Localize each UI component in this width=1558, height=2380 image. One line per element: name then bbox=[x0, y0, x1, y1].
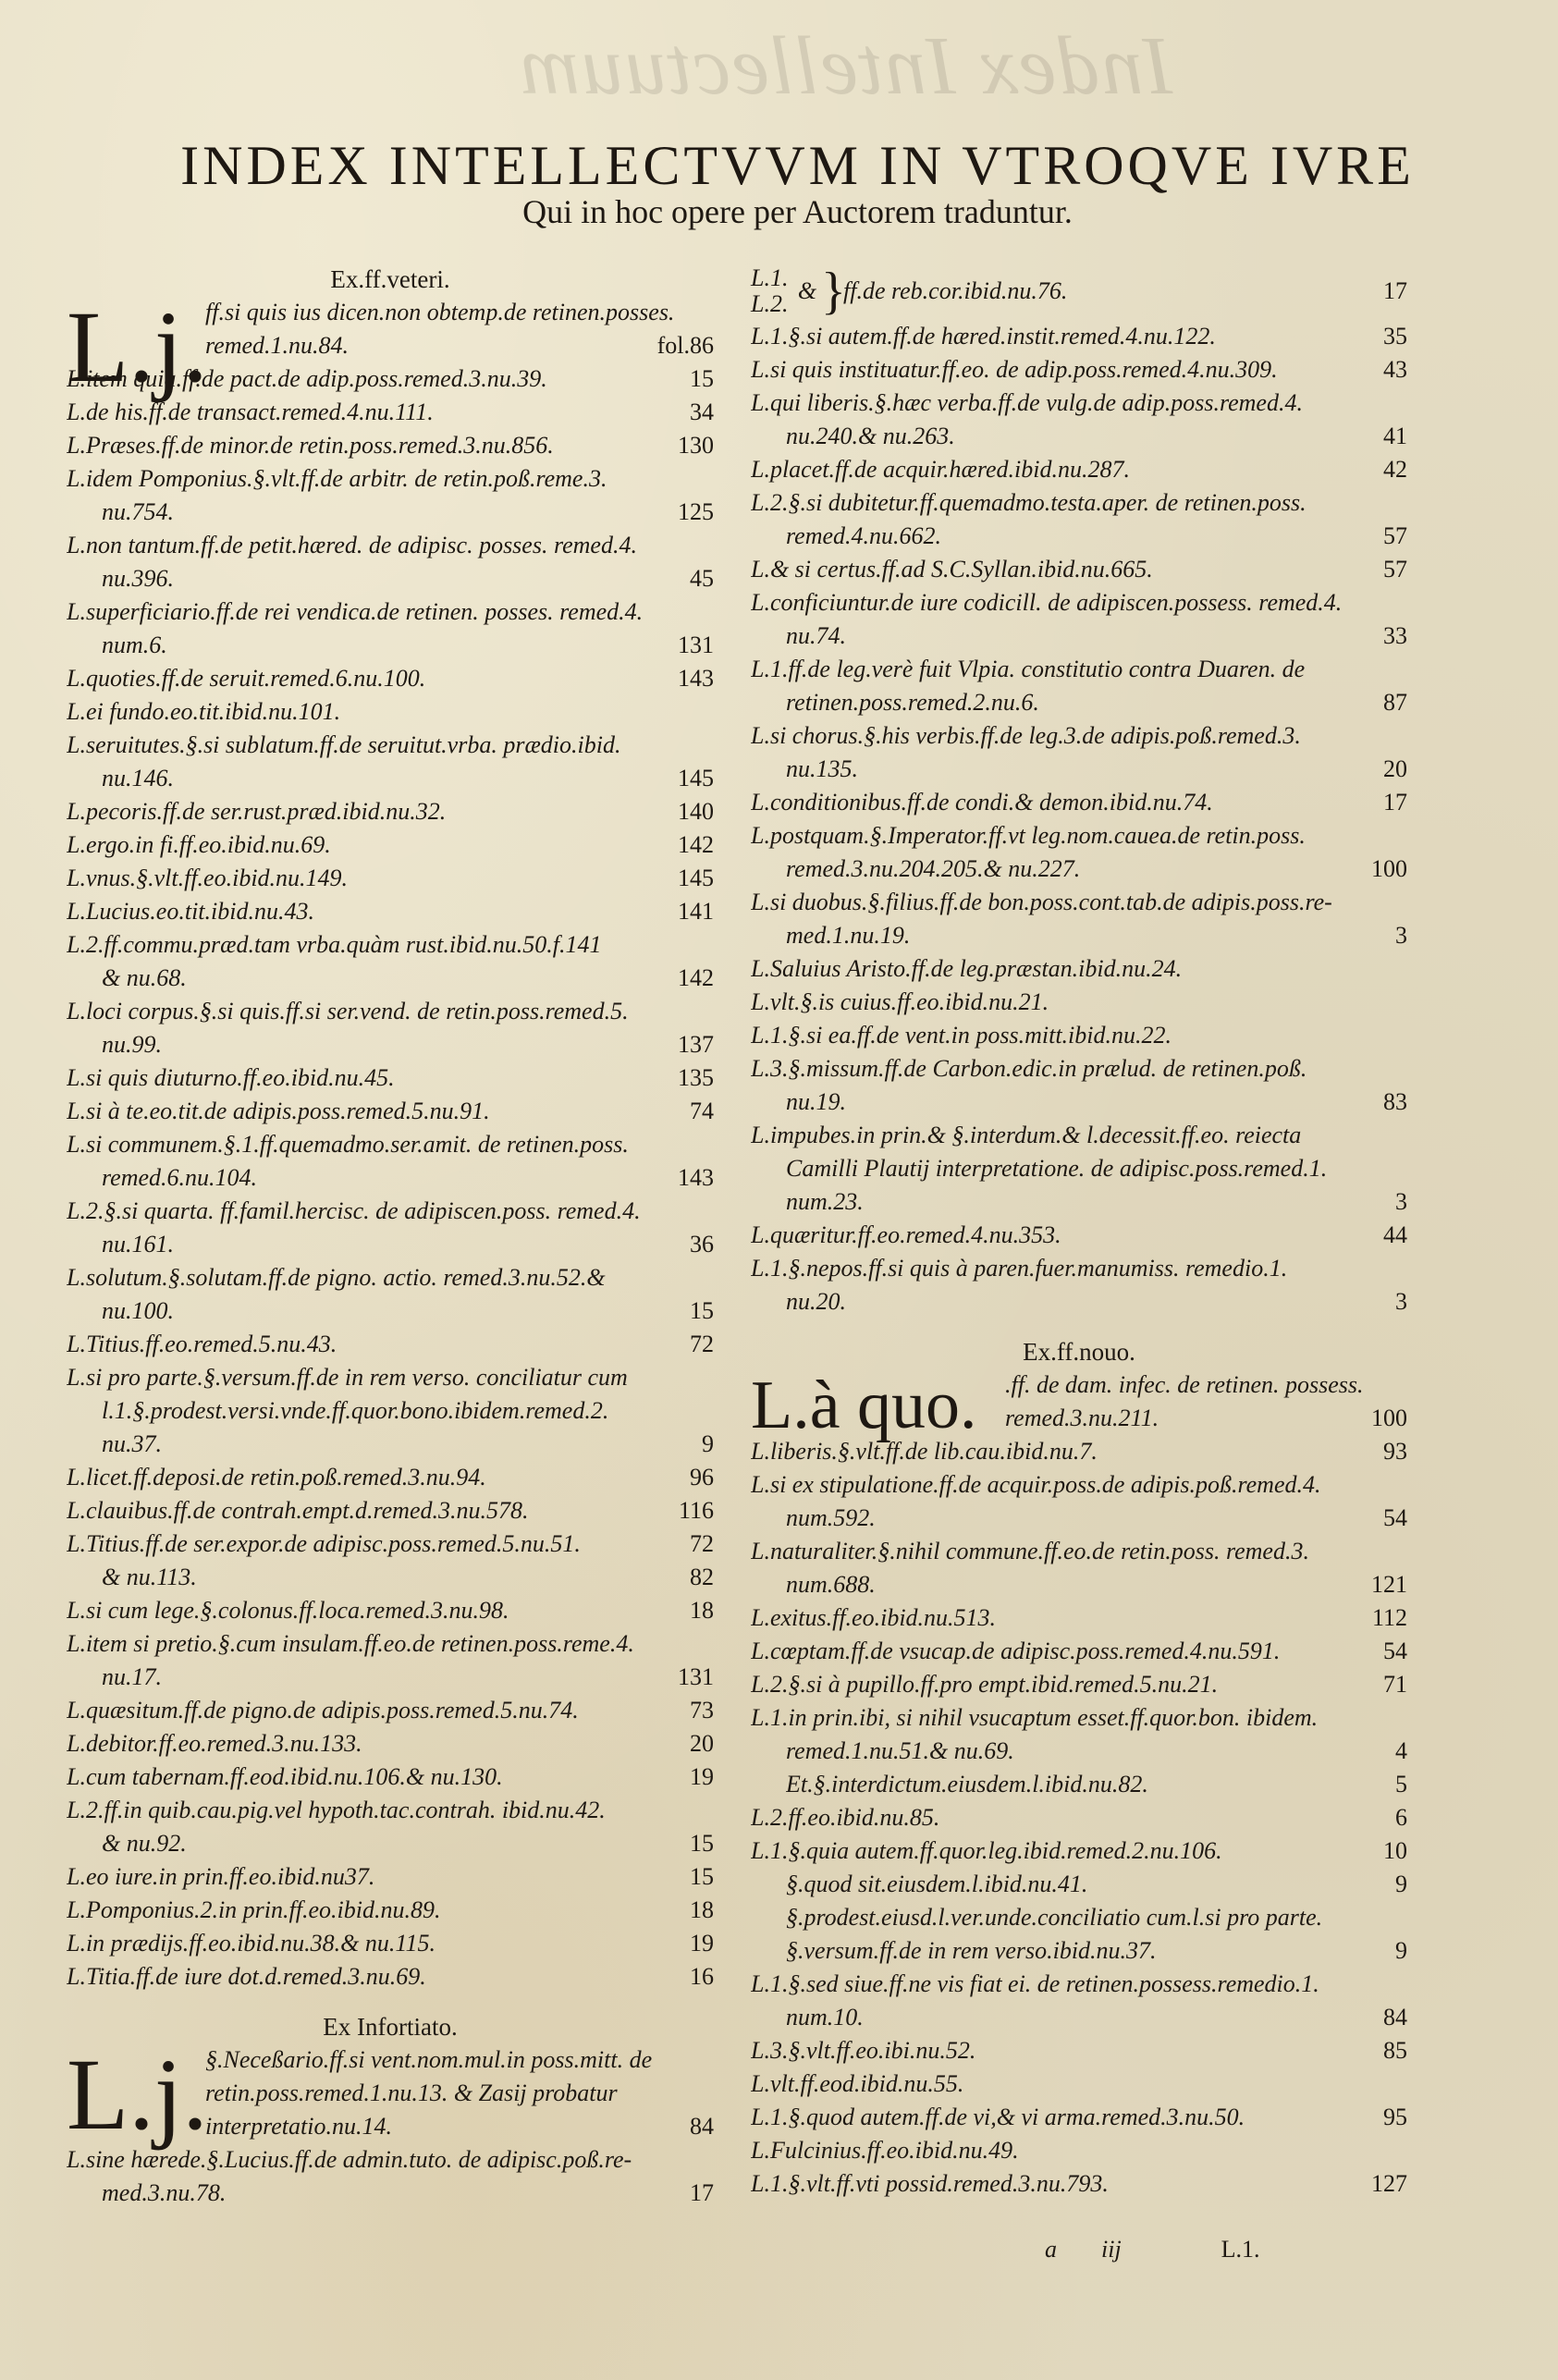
index-entry: L.1.§.quod autem.ff.de vi,& vi arma.reme… bbox=[751, 2101, 1407, 2134]
entry-text: .ff. de dam. infec. de retinen. possess. bbox=[1005, 1368, 1364, 1402]
page-number: 19 bbox=[682, 1760, 714, 1794]
entry-line: L.1.in prin.ibi, si nihil vsucaptum esse… bbox=[751, 1701, 1407, 1735]
entry-line: L.pecoris.ff.de ser.rust.præd.ibid.nu.32… bbox=[67, 795, 714, 828]
entry-text: L.2.ff.eo.ibid.nu.85. bbox=[751, 1801, 939, 1834]
page-number: 100 bbox=[1364, 1402, 1407, 1435]
page-subtitle: Qui in hoc opere per Auctorem traduntur. bbox=[37, 194, 1558, 229]
catchword: L.1. bbox=[1221, 2236, 1260, 2263]
page-number: 41 bbox=[1376, 420, 1407, 453]
entry-line: nu.17.131 bbox=[67, 1661, 714, 1694]
page-number: 87 bbox=[1376, 686, 1407, 719]
entry-text: remed.1.nu.51.& nu.69. bbox=[786, 1735, 1014, 1768]
index-entry: L.3.§.missum.ff.de Carbon.edic.in prælud… bbox=[751, 1052, 1407, 1119]
page-number: 54 bbox=[1376, 1502, 1407, 1535]
index-entry: L.conficiuntur.de iure codicill. de adip… bbox=[751, 586, 1407, 653]
entry-text: L.item si pretio.§.cum insulam.ff.eo.de … bbox=[67, 1627, 634, 1661]
entry-text: L.conditionibus.ff.de condi.& demon.ibid… bbox=[751, 786, 1213, 819]
index-entry: L.Fulcinius.ff.eo.ibid.nu.49. bbox=[751, 2134, 1407, 2167]
entry-line: §.versum.ff.de in rem verso.ibid.nu.37.9 bbox=[751, 1934, 1407, 1968]
entry-line: num.592.54 bbox=[751, 1502, 1407, 1535]
entry-line: L.2.ff.in quib.cau.pig.vel hypoth.tac.co… bbox=[67, 1794, 714, 1827]
entry-line: L.3.§.vlt.ff.eo.ibi.nu.52.85 bbox=[751, 2034, 1407, 2067]
entry-text: L.1.§.si autem.ff.de hæred.instit.remed.… bbox=[751, 320, 1216, 353]
entry-line: nu.99.137 bbox=[67, 1028, 714, 1061]
entry-text: nu.161. bbox=[102, 1228, 174, 1261]
entry-line: L.loci corpus.§.si quis.ff.si ser.vend. … bbox=[67, 995, 714, 1028]
entry-line: L.idem Pomponius.§.vlt.ff.de arbitr. de … bbox=[67, 462, 714, 496]
index-entry: L.2.§.si quarta. ff.famil.hercisc. de ad… bbox=[67, 1195, 714, 1261]
entry-line: L.conditionibus.ff.de condi.& demon.ibid… bbox=[751, 786, 1407, 819]
entry-text: L.2.§.si quarta. ff.famil.hercisc. de ad… bbox=[67, 1195, 641, 1228]
index-entry: L.solutum.§.solutam.ff.de pigno. actio. … bbox=[67, 1261, 714, 1328]
entry-line: L.1.§.quod autem.ff.de vi,& vi arma.reme… bbox=[751, 2101, 1407, 2134]
entry-line: §.quod sit.eiusdem.l.ibid.nu.41.9 bbox=[751, 1868, 1407, 1901]
entry-line: L.exitus.ff.eo.ibid.nu.513.112 bbox=[751, 1601, 1407, 1635]
page-number: 9 bbox=[1388, 1868, 1407, 1901]
left-column: Ex.ff.veteri. L.j. ff.si quis ius dicen.… bbox=[67, 263, 714, 2210]
index-entry: L.impubes.in prin.& §.interdum.& l.deces… bbox=[751, 1119, 1407, 1219]
index-entry: L.pecoris.ff.de ser.rust.præd.ibid.nu.32… bbox=[67, 795, 714, 828]
index-entry: L.placet.ff.de acquir.hæred.ibid.nu.287.… bbox=[751, 453, 1407, 486]
entry-line: Et.§.interdictum.eiusdem.l.ibid.nu.82.5 bbox=[751, 1768, 1407, 1801]
page-number: 142 bbox=[670, 828, 714, 862]
entry-line: L.item si pretio.§.cum insulam.ff.eo.de … bbox=[67, 1627, 714, 1661]
right-column: L.1. L.2. & } ff.de reb.cor.ibid.nu.76. … bbox=[751, 263, 1407, 2201]
entry-line: L.impubes.in prin.& §.interdum.& l.deces… bbox=[751, 1119, 1407, 1152]
entry-line: L.si ex stipulatione.ff.de acquir.poss.d… bbox=[751, 1468, 1407, 1502]
entry-text: L.1.§.nepos.ff.si quis à paren.fuer.manu… bbox=[751, 1252, 1287, 1285]
index-entry: L.naturaliter.§.nihil commune.ff.eo.de r… bbox=[751, 1535, 1407, 1601]
entry-line: L.& si certus.ff.ad S.C.Syllan.ibid.nu.6… bbox=[751, 553, 1407, 586]
page-number: 71 bbox=[1376, 1668, 1407, 1701]
index-entry: L.2.§.si à pupillo.ff.pro empt.ibid.reme… bbox=[751, 1668, 1407, 1701]
entry-line: L.si quis diuturno.ff.eo.ibid.nu.45.135 bbox=[67, 1061, 714, 1095]
entry-line: L.si communem.§.1.ff.quemadmo.ser.amit. … bbox=[67, 1128, 714, 1161]
page-number: 20 bbox=[682, 1727, 714, 1760]
entry-text: Et.§.interdictum.eiusdem.l.ibid.nu.82. bbox=[786, 1768, 1148, 1801]
index-entry: L.qui liberis.§.hæc verba.ff.de vulg.de … bbox=[751, 386, 1407, 453]
entry-text: L.1.§.vlt.ff.vti possid.remed.3.nu.793. bbox=[751, 2167, 1109, 2201]
entry-line: L.cœptam.ff.de vsucap.de adipisc.poss.re… bbox=[751, 1635, 1407, 1668]
entry-line: .ff. de dam. infec. de retinen. possess. bbox=[1005, 1368, 1407, 1402]
page-number: 85 bbox=[1376, 2034, 1407, 2067]
page-number: 17 bbox=[1376, 786, 1407, 819]
entry-line: L.in prædijs.ff.eo.ibid.nu.38.& nu.115.1… bbox=[67, 1927, 714, 1960]
index-entry: L.seruitutes.§.si sublatum.ff.de seruitu… bbox=[67, 729, 714, 795]
entry-text: nu.240.& nu.263. bbox=[786, 420, 955, 453]
entry-line: L.si cum lege.§.colonus.ff.loca.remed.3.… bbox=[67, 1594, 714, 1627]
entry-text: L.3.§.missum.ff.de Carbon.edic.in prælud… bbox=[751, 1052, 1307, 1086]
index-entry: L.si communem.§.1.ff.quemadmo.ser.amit. … bbox=[67, 1128, 714, 1195]
entry-text: L.Fulcinius.ff.eo.ibid.nu.49. bbox=[751, 2134, 1019, 2167]
signature-letter: a bbox=[1045, 2236, 1057, 2263]
page-number: 100 bbox=[1364, 853, 1407, 886]
entry-line: L.cum tabernam.ff.eod.ibid.nu.106.& nu.1… bbox=[67, 1760, 714, 1794]
entry-text: L.Lucius.eo.tit.ibid.nu.43. bbox=[67, 895, 314, 928]
entry-text: nu.754. bbox=[102, 496, 174, 529]
index-entry: L.Præses.ff.de minor.de retin.poss.remed… bbox=[67, 429, 714, 462]
entry-text: med.1.nu.19. bbox=[786, 919, 910, 952]
entry-line: nu.100.15 bbox=[67, 1294, 714, 1328]
entry-text: L.cœptam.ff.de vsucap.de adipisc.poss.re… bbox=[751, 1635, 1280, 1668]
entry-text: L.si chorus.§.his verbis.ff.de leg.3.de … bbox=[751, 719, 1301, 753]
index-entry: L.Pomponius.2.in prin.ff.eo.ibid.nu.89.1… bbox=[67, 1894, 714, 1927]
entry-line: L.naturaliter.§.nihil commune.ff.eo.de r… bbox=[751, 1535, 1407, 1568]
page-number: 142 bbox=[670, 962, 714, 995]
page-number: 20 bbox=[1376, 753, 1407, 786]
entry-text: ff.si quis ius dicen.non obtemp.de retin… bbox=[205, 296, 674, 329]
entry-line: nu.135.20 bbox=[751, 753, 1407, 786]
entry-line: L.conficiuntur.de iure codicill. de adip… bbox=[751, 586, 1407, 620]
entry-text: L.3.§.vlt.ff.eo.ibi.nu.52. bbox=[751, 2034, 975, 2067]
page-number: 5 bbox=[1388, 1768, 1407, 1801]
entry-text: nu.146. bbox=[102, 762, 174, 795]
entry-text: L.1.ff.de leg.verè fuit Vlpia. constitut… bbox=[751, 653, 1305, 686]
entry-line: L.si chorus.§.his verbis.ff.de leg.3.de … bbox=[751, 719, 1407, 753]
entry-text: L.idem Pomponius.§.vlt.ff.de arbitr. de … bbox=[67, 462, 607, 496]
page-number: 3 bbox=[1388, 919, 1407, 952]
index-entry: L.1.ff.de leg.verè fuit Vlpia. constitut… bbox=[751, 653, 1407, 719]
page-number: 145 bbox=[670, 862, 714, 895]
entry-line: remed.3.nu.204.205.& nu.227.100 bbox=[751, 853, 1407, 886]
page-number: 34 bbox=[682, 396, 714, 429]
index-entry: L.1.§.si autem.ff.de hæred.instit.remed.… bbox=[751, 320, 1407, 353]
entry-line: L.ergo.in fi.ff.eo.ibid.nu.69.142 bbox=[67, 828, 714, 862]
entry-line: L.1.§.vlt.ff.vti possid.remed.3.nu.793.1… bbox=[751, 2167, 1407, 2201]
page-number: 125 bbox=[670, 496, 714, 529]
page-number: 18 bbox=[682, 1894, 714, 1927]
page-number: 93 bbox=[1376, 1435, 1407, 1468]
entry-line: L.3.§.missum.ff.de Carbon.edic.in prælud… bbox=[751, 1052, 1407, 1086]
entry-text: Camilli Plautij interpretatione. de adip… bbox=[786, 1152, 1327, 1185]
page-number: fol.86 bbox=[650, 329, 714, 362]
entry-text: L.superficiario.ff.de rei vendica.de ret… bbox=[67, 595, 643, 629]
entry-text: L.cum tabernam.ff.eod.ibid.nu.106.& nu.1… bbox=[67, 1760, 503, 1794]
entry-text: L.si communem.§.1.ff.quemadmo.ser.amit. … bbox=[67, 1128, 629, 1161]
index-entry: L.vlt.ff.eod.ibid.nu.55. bbox=[751, 2067, 1407, 2101]
brace-entry: L.1. L.2. & } ff.de reb.cor.ibid.nu.76. … bbox=[751, 263, 1407, 320]
entry-text: L.loci corpus.§.si quis.ff.si ser.vend. … bbox=[67, 995, 629, 1028]
index-entry: L.si cum lege.§.colonus.ff.loca.remed.3.… bbox=[67, 1594, 714, 1627]
brace-refs: L.1. L.2. bbox=[751, 265, 793, 317]
entry-line: remed.1.nu.51.& nu.69.4 bbox=[751, 1735, 1407, 1768]
entry-line: L.seruitutes.§.si sublatum.ff.de seruitu… bbox=[67, 729, 714, 762]
entry-text: & nu.68. bbox=[102, 962, 187, 995]
entry-text: L.Præses.ff.de minor.de retin.poss.remed… bbox=[67, 429, 554, 462]
entry-text: interpretatio.nu.14. bbox=[205, 2110, 392, 2143]
entry-text: L.si quis instituatur.ff.eo. de adip.pos… bbox=[751, 353, 1278, 386]
entry-line: L.1.ff.de leg.verè fuit Vlpia. constitut… bbox=[751, 653, 1407, 686]
entry-text: remed.3.nu.211. bbox=[1005, 1402, 1159, 1435]
entry-line: L.quæritur.ff.eo.remed.4.nu.353.44 bbox=[751, 1219, 1407, 1252]
entry-text: L.seruitutes.§.si sublatum.ff.de seruitu… bbox=[67, 729, 620, 762]
entry-line: L.quoties.ff.de seruit.remed.6.nu.100.14… bbox=[67, 662, 714, 695]
entry-text: L.si ex stipulatione.ff.de acquir.poss.d… bbox=[751, 1468, 1321, 1502]
entry-text: §.Neceßario.ff.si vent.nom.mul.in poss.m… bbox=[205, 2043, 652, 2077]
entry-line: L.eo iure.in prin.ff.eo.ibid.nu37.15 bbox=[67, 1860, 714, 1894]
index-entry: L.si quis diuturno.ff.eo.ibid.nu.45.135 bbox=[67, 1061, 714, 1095]
entry-line: L.ei fundo.eo.tit.ibid.nu.101. bbox=[67, 695, 714, 729]
page-number: 72 bbox=[682, 1527, 714, 1561]
page-number: 36 bbox=[682, 1228, 714, 1261]
entry-line: L.clauibus.ff.de contrah.empt.d.remed.3.… bbox=[67, 1494, 714, 1527]
entry-line: L.2.ff.eo.ibid.nu.85.6 bbox=[751, 1801, 1407, 1834]
entry-line: L.solutum.§.solutam.ff.de pigno. actio. … bbox=[67, 1261, 714, 1294]
page-number: 140 bbox=[670, 795, 714, 828]
entry-text: l.1.§.prodest.versi.vnde.ff.quor.bono.ib… bbox=[102, 1394, 608, 1428]
entry-line: L.licet.ff.deposi.de retin.poß.remed.3.n… bbox=[67, 1461, 714, 1494]
entry-text: L.1.§.sed siue.ff.ne vis fiat ei. de ret… bbox=[751, 1968, 1319, 2001]
entry-text: L.si quis diuturno.ff.eo.ibid.nu.45. bbox=[67, 1061, 395, 1095]
entry-line: nu.161.36 bbox=[67, 1228, 714, 1261]
index-entry: L.cœptam.ff.de vsucap.de adipisc.poss.re… bbox=[751, 1635, 1407, 1668]
initial-letter: L.à quo. bbox=[751, 1368, 977, 1442]
entry-list: L.item quia.ff.de pact.de adip.poss.reme… bbox=[67, 362, 714, 1994]
page-number: 15 bbox=[682, 1827, 714, 1860]
index-entry: L.item si pretio.§.cum insulam.ff.eo.de … bbox=[67, 1627, 714, 1694]
brace-icon: } bbox=[821, 262, 843, 321]
page-number: 73 bbox=[682, 1694, 714, 1727]
entry-line: nu.20.3 bbox=[751, 1285, 1407, 1319]
entry-line: interpretatio.nu.14.84 bbox=[205, 2110, 714, 2143]
entry-text: retinen.poss.remed.2.nu.6. bbox=[786, 686, 1039, 719]
entry-line: L.2.§.si dubitetur.ff.quemadmo.testa.ape… bbox=[751, 486, 1407, 520]
index-entry: L.eo iure.in prin.ff.eo.ibid.nu37.15 bbox=[67, 1860, 714, 1894]
index-entry: L.si ex stipulatione.ff.de acquir.poss.d… bbox=[751, 1468, 1407, 1535]
page-number: 135 bbox=[670, 1061, 714, 1095]
index-entry: L.vlt.§.is cuius.ff.eo.ibid.nu.21. bbox=[751, 986, 1407, 1019]
entry-text: nu.20. bbox=[786, 1285, 846, 1319]
entry-line: L.2.ff.commu.præd.tam vrba.quàm rust.ibi… bbox=[67, 928, 714, 962]
page-number: 74 bbox=[682, 1095, 714, 1128]
entry-text: §.versum.ff.de in rem verso.ibid.nu.37. bbox=[786, 1934, 1157, 1968]
page-number: 18 bbox=[682, 1594, 714, 1627]
entry-text: L.qui liberis.§.hæc verba.ff.de vulg.de … bbox=[751, 386, 1303, 420]
entry-line: & nu.92.15 bbox=[67, 1827, 714, 1860]
signature-number: iij bbox=[1101, 2236, 1122, 2263]
index-entry: L.3.§.vlt.ff.eo.ibi.nu.52.85 bbox=[751, 2034, 1407, 2067]
initial-entry: L.j. ff.si quis ius dicen.non obtemp.de … bbox=[67, 296, 714, 362]
index-entry: L.quæsitum.ff.de pigno.de adipis.poss.re… bbox=[67, 1694, 714, 1727]
brace-ref-bottom: L.2. bbox=[751, 291, 793, 317]
index-entry: L.clauibus.ff.de contrah.empt.d.remed.3.… bbox=[67, 1494, 714, 1527]
entry-text: num.23. bbox=[786, 1185, 864, 1219]
entry-text: L.pecoris.ff.de ser.rust.præd.ibid.nu.32… bbox=[67, 795, 446, 828]
index-entry: L.quoties.ff.de seruit.remed.6.nu.100.14… bbox=[67, 662, 714, 695]
entry-text: L.impubes.in prin.& §.interdum.& l.deces… bbox=[751, 1119, 1301, 1152]
entry-text: nu.19. bbox=[786, 1086, 846, 1119]
entry-line: L.1.§.nepos.ff.si quis à paren.fuer.manu… bbox=[751, 1252, 1407, 1285]
index-entry: L.Titius.ff.de ser.expor.de adipisc.poss… bbox=[67, 1527, 714, 1594]
entry-text: num.592. bbox=[786, 1502, 876, 1535]
entry-line: L.debitor.ff.eo.remed.3.nu.133.20 bbox=[67, 1727, 714, 1760]
index-entry: L.1.§.quia autem.ff.quor.leg.ibid.remed.… bbox=[751, 1834, 1407, 1968]
entry-text: L.licet.ff.deposi.de retin.poß.remed.3.n… bbox=[67, 1461, 486, 1494]
entry-line: num.10.84 bbox=[751, 2001, 1407, 2034]
index-entry: L.vnus.§.vlt.ff.eo.ibid.nu.149.145 bbox=[67, 862, 714, 895]
entry-line: med.3.nu.78.17 bbox=[67, 2177, 714, 2210]
entry-text: & nu.92. bbox=[102, 1827, 187, 1860]
page-number: 19 bbox=[682, 1927, 714, 1960]
index-entry: L.licet.ff.deposi.de retin.poß.remed.3.n… bbox=[67, 1461, 714, 1494]
entry-line: L.2.§.si à pupillo.ff.pro empt.ibid.reme… bbox=[751, 1668, 1407, 1701]
entry-text: L.si pro parte.§.versum.ff.de in rem ver… bbox=[67, 1361, 628, 1394]
page-number: 17 bbox=[682, 2177, 714, 2210]
entry-line: L.qui liberis.§.hæc verba.ff.de vulg.de … bbox=[751, 386, 1407, 420]
signature-mark: a iij L.1. bbox=[1045, 2236, 1260, 2263]
entry-line: L.non tantum.ff.de petit.hæred. de adipi… bbox=[67, 529, 714, 562]
page-number: 43 bbox=[1376, 353, 1407, 386]
entry-line: L.Saluius Aristo.ff.de leg.præstan.ibid.… bbox=[751, 952, 1407, 986]
index-entry: L.cum tabernam.ff.eod.ibid.nu.106.& nu.1… bbox=[67, 1760, 714, 1794]
entry-text: num.10. bbox=[786, 2001, 864, 2034]
entry-text: L.non tantum.ff.de petit.hæred. de adipi… bbox=[67, 529, 637, 562]
page-number: 127 bbox=[1364, 2167, 1407, 2201]
page-number: 10 bbox=[1376, 1834, 1407, 1868]
entry-list: L.liberis.§.vlt.ff.de lib.cau.ibid.nu.7.… bbox=[751, 1435, 1407, 2201]
entry-line: §.prodest.eiusd.l.ver.unde.conciliatio c… bbox=[751, 1901, 1407, 1934]
index-entry: L.Saluius Aristo.ff.de leg.præstan.ibid.… bbox=[751, 952, 1407, 986]
entry-text: L.exitus.ff.eo.ibid.nu.513. bbox=[751, 1601, 996, 1635]
index-entry: L.loci corpus.§.si quis.ff.si ser.vend. … bbox=[67, 995, 714, 1061]
bleed-through-header: Index Intellectuum bbox=[518, 18, 1172, 114]
entry-line: L.1.§.sed siue.ff.ne vis fiat ei. de ret… bbox=[751, 1968, 1407, 2001]
entry-text: L.Titius.ff.eo.remed.5.nu.43. bbox=[67, 1328, 337, 1361]
entry-line: L.placet.ff.de acquir.hæred.ibid.nu.287.… bbox=[751, 453, 1407, 486]
index-entry: L.conditionibus.ff.de condi.& demon.ibid… bbox=[751, 786, 1407, 819]
index-entry: L.debitor.ff.eo.remed.3.nu.133.20 bbox=[67, 1727, 714, 1760]
initial-letter: L.j. bbox=[67, 296, 208, 398]
page-number: 84 bbox=[1376, 2001, 1407, 2034]
initial-letter: L.j. bbox=[67, 2043, 208, 2145]
entry-text: nu.17. bbox=[102, 1661, 162, 1694]
entry-text: med.3.nu.78. bbox=[102, 2177, 226, 2210]
page-number: 72 bbox=[682, 1328, 714, 1361]
entry-line: L.vlt.§.is cuius.ff.eo.ibid.nu.21. bbox=[751, 986, 1407, 1019]
page-number: 82 bbox=[682, 1561, 714, 1594]
entry-text: L.1.§.si ea.ff.de vent.in poss.mitt.ibid… bbox=[751, 1019, 1172, 1052]
entry-text: L.clauibus.ff.de contrah.empt.d.remed.3.… bbox=[67, 1494, 528, 1527]
initial-entry: L.à quo. .ff. de dam. infec. de retinen.… bbox=[751, 1368, 1407, 1435]
page-number: 15 bbox=[682, 1294, 714, 1328]
entry-text: L.quoties.ff.de seruit.remed.6.nu.100. bbox=[67, 662, 425, 695]
entry-line: L.Præses.ff.de minor.de retin.poss.remed… bbox=[67, 429, 714, 462]
index-entry: L.si duobus.§.filius.ff.de bon.poss.cont… bbox=[751, 886, 1407, 952]
page-number: 145 bbox=[670, 762, 714, 795]
page-number: 141 bbox=[670, 895, 714, 928]
index-entry: L.Titia.ff.de iure dot.d.remed.3.nu.69.1… bbox=[67, 1960, 714, 1994]
index-entry: L.& si certus.ff.ad S.C.Syllan.ibid.nu.6… bbox=[751, 553, 1407, 586]
page-number: 131 bbox=[670, 1661, 714, 1694]
entry-line: nu.37.9 bbox=[67, 1428, 714, 1461]
entry-text: L.1.in prin.ibi, si nihil vsucaptum esse… bbox=[751, 1701, 1318, 1735]
entry-text: L.si cum lege.§.colonus.ff.loca.remed.3.… bbox=[67, 1594, 509, 1627]
page-number: 131 bbox=[670, 629, 714, 662]
entry-text: L.conficiuntur.de iure codicill. de adip… bbox=[751, 586, 1342, 620]
entry-text: nu.37. bbox=[102, 1428, 162, 1461]
entry-text: nu.396. bbox=[102, 562, 174, 595]
entry-line: retinen.poss.remed.2.nu.6.87 bbox=[751, 686, 1407, 719]
page-number: 15 bbox=[682, 362, 714, 396]
entry-line: L.Titia.ff.de iure dot.d.remed.3.nu.69.1… bbox=[67, 1960, 714, 1994]
page-number: 96 bbox=[682, 1461, 714, 1494]
entry-text: num.688. bbox=[786, 1568, 876, 1601]
index-entry: L.exitus.ff.eo.ibid.nu.513.112 bbox=[751, 1601, 1407, 1635]
entry-text: & nu.113. bbox=[102, 1561, 197, 1594]
entry-text: L.Pomponius.2.in prin.ff.eo.ibid.nu.89. bbox=[67, 1894, 440, 1927]
entry-text: L.solutum.§.solutam.ff.de pigno. actio. … bbox=[67, 1261, 606, 1294]
entry-line: L.1.§.quia autem.ff.quor.leg.ibid.remed.… bbox=[751, 1834, 1407, 1868]
entry-text: L.1.§.quia autem.ff.quor.leg.ibid.remed.… bbox=[751, 1834, 1222, 1868]
entry-list: L.1.§.si autem.ff.de hæred.instit.remed.… bbox=[751, 320, 1407, 1319]
page-number: 9 bbox=[1388, 1934, 1407, 1968]
index-entry: L.1.§.sed siue.ff.ne vis fiat ei. de ret… bbox=[751, 1968, 1407, 2034]
entry-text: L.in prædijs.ff.eo.ibid.nu.38.& nu.115. bbox=[67, 1927, 436, 1960]
entry-text: L.quæritur.ff.eo.remed.4.nu.353. bbox=[751, 1219, 1061, 1252]
entry-line: L.vnus.§.vlt.ff.eo.ibid.nu.149.145 bbox=[67, 862, 714, 895]
index-entry: L.superficiario.ff.de rei vendica.de ret… bbox=[67, 595, 714, 662]
page-number: 44 bbox=[1376, 1219, 1407, 1252]
page-number: 116 bbox=[671, 1494, 714, 1527]
entry-text: L.ei fundo.eo.tit.ibid.nu.101. bbox=[67, 695, 340, 729]
entry-line: nu.146.145 bbox=[67, 762, 714, 795]
index-entry: L.si quis instituatur.ff.eo. de adip.pos… bbox=[751, 353, 1407, 386]
index-entry: L.1.§.si ea.ff.de vent.in poss.mitt.ibid… bbox=[751, 1019, 1407, 1052]
index-entry: L.1.in prin.ibi, si nihil vsucaptum esse… bbox=[751, 1701, 1407, 1801]
page-number: 6 bbox=[1388, 1801, 1407, 1834]
entry-line: L.si duobus.§.filius.ff.de bon.poss.cont… bbox=[751, 886, 1407, 919]
entry-line: & nu.68.142 bbox=[67, 962, 714, 995]
entry-text: L.eo iure.in prin.ff.eo.ibid.nu37. bbox=[67, 1860, 374, 1894]
page-number: 35 bbox=[1376, 320, 1407, 353]
entry-text: L.Titia.ff.de iure dot.d.remed.3.nu.69. bbox=[67, 1960, 426, 1994]
entry-text: L.si à te.eo.tit.de adipis.poss.remed.5.… bbox=[67, 1095, 490, 1128]
entry-text: remed.6.nu.104. bbox=[102, 1161, 257, 1195]
entry-line: L.Pomponius.2.in prin.ff.eo.ibid.nu.89.1… bbox=[67, 1894, 714, 1927]
page-number: 15 bbox=[682, 1860, 714, 1894]
entry-list: L.sine hærede.§.Lucius.ff.de admin.tuto.… bbox=[67, 2143, 714, 2210]
entry-text: L.2.ff.in quib.cau.pig.vel hypoth.tac.co… bbox=[67, 1794, 606, 1827]
index-entry: L.Titius.ff.eo.remed.5.nu.43.72 bbox=[67, 1328, 714, 1361]
page-number: 42 bbox=[1376, 453, 1407, 486]
entry-text: ff.de reb.cor.ibid.nu.76. bbox=[843, 277, 1067, 305]
entry-text: L.si duobus.§.filius.ff.de bon.poss.cont… bbox=[751, 886, 1332, 919]
entry-line: retin.poss.remed.1.nu.13. & Zasij probat… bbox=[205, 2077, 714, 2110]
entry-line: §.Neceßario.ff.si vent.nom.mul.in poss.m… bbox=[205, 2043, 714, 2077]
page-number: 3 bbox=[1388, 1285, 1407, 1319]
entry-text: §.prodest.eiusd.l.ver.unde.conciliatio c… bbox=[786, 1901, 1322, 1934]
page-header: INDEX INTELLECTVVM IN VTROQVE IVRE Qui i… bbox=[0, 137, 1558, 229]
page-number: 4 bbox=[1388, 1735, 1407, 1768]
index-entry: L.2.§.si dubitetur.ff.quemadmo.testa.ape… bbox=[751, 486, 1407, 553]
entry-text: nu.135. bbox=[786, 753, 858, 786]
entry-line: num.688.121 bbox=[751, 1568, 1407, 1601]
entry-line: L.1.§.si ea.ff.de vent.in poss.mitt.ibid… bbox=[751, 1019, 1407, 1052]
entry-line: L.vlt.ff.eod.ibid.nu.55. bbox=[751, 2067, 1407, 2101]
page-number: 17 bbox=[1383, 277, 1407, 305]
entry-text: L.& si certus.ff.ad S.C.Syllan.ibid.nu.6… bbox=[751, 553, 1153, 586]
entry-text: retin.poss.remed.1.nu.13. & Zasij probat… bbox=[205, 2077, 618, 2110]
entry-line: num.23.3 bbox=[751, 1185, 1407, 1219]
index-entry: L.ei fundo.eo.tit.ibid.nu.101. bbox=[67, 695, 714, 729]
entry-text: L.naturaliter.§.nihil commune.ff.eo.de r… bbox=[751, 1535, 1309, 1568]
page-number: 130 bbox=[670, 429, 714, 462]
entry-line: L.Fulcinius.ff.eo.ibid.nu.49. bbox=[751, 2134, 1407, 2167]
page-number: 3 bbox=[1388, 1185, 1407, 1219]
entry-text: L.debitor.ff.eo.remed.3.nu.133. bbox=[67, 1727, 362, 1760]
entry-text: nu.100. bbox=[102, 1294, 174, 1328]
index-entry: L.2.ff.commu.præd.tam vrba.quàm rust.ibi… bbox=[67, 928, 714, 995]
